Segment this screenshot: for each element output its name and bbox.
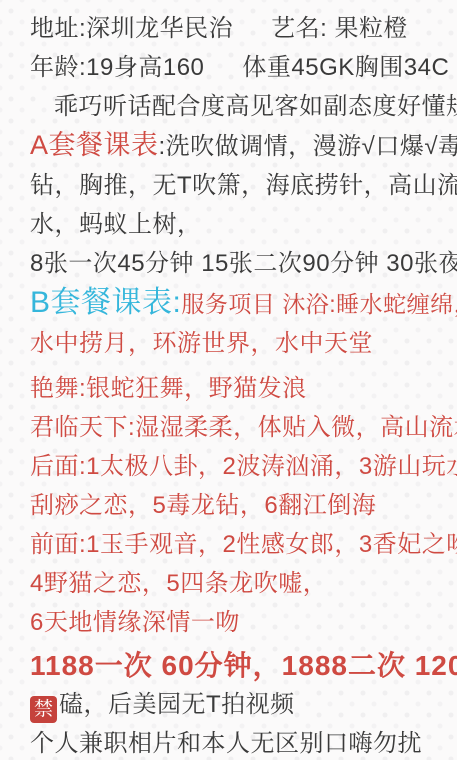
front-list-line1: 前面:1玉手观音，2性感女郎，3香妃之吻， [30,525,435,564]
package-b-intro-part1: 服务项目 沐浴:睡水蛇缠绵， [181,291,457,317]
disclaimer-text: 个人兼职相片和本人无区别口嗨勿扰 [30,730,422,757]
back-list-part1: 后面:1太极八卦，2波涛汹涌，3游山玩水，4 [30,453,457,480]
package-a-title-line: A套餐课表:洗吹做调情，漫游√口爆√毒龙 [30,126,435,166]
package-a-title: A套餐课表 [30,130,159,160]
age-height-text: 年龄:19身高160 [30,54,204,81]
front-list-part2: 4野猫之恋，5四条龙吹嘘， [30,570,327,597]
tagline-line: 乖巧听话配合度高见客如副态度好懂规矩 [30,87,435,126]
ban-text: 磕，后美园无T拍视频 [59,691,295,718]
back-list-line2: 刮痧之恋，5毒龙钻，6翻江倒海 [30,486,435,525]
profile-ad-page: 地址:深圳龙华民治艺名: 果粒橙 年龄:19身高160体重45GK胸围34C 乖… [0,0,457,760]
tagline-text: 乖巧听话配合度高见客如副态度好懂规矩 [54,93,457,120]
front-list-line3: 6天地情缘深情一吻 [30,603,435,642]
ban-line: 禁磕，后美园无T拍视频 [30,685,435,724]
address-stagename-line: 地址:深圳龙华民治艺名: 果粒橙 [30,9,435,48]
address-text: 地址:深圳龙华民治 [30,15,233,42]
package-a-services-part1: :洗吹做调情，漫游√口爆√毒龙 [159,133,457,160]
royal-line: 君临天下:湿湿柔柔，体贴入微，高山流水 [30,408,435,447]
package-b-intro-part2: 水中捞月，环游世界，水中天堂 [30,330,373,357]
royal-text: 君临天下:湿湿柔柔，体贴入微，高山流水 [30,414,457,441]
package-a-services-line2: 钻，胸推，无T吹箫，海底捞针，高山流 [30,166,435,205]
package-b-intro-line2: 水中捞月，环游世界，水中天堂 [30,324,435,363]
package-b-title-line: B套餐课表:服务项目 沐浴:睡水蛇缠绵， [30,283,435,324]
package-a-pricing-text: 8张一次45分钟 15张二次90分钟 30张夜 [30,250,457,277]
package-a-pricing-line: 8张一次45分钟 15张二次90分钟 30张夜 [30,244,435,283]
package-a-services-line3: 水，蚂蚁上树， [30,205,435,244]
back-list-line1: 后面:1太极八卦，2波涛汹涌，3游山玩水，4 [30,447,435,486]
back-list-part2: 刮痧之恋，5毒龙钻，6翻江倒海 [30,492,376,519]
package-a-services-part3: 水，蚂蚁上树， [30,211,202,238]
dance-line: 艳舞:银蛇狂舞，野猫发浪 [30,369,435,408]
front-list-part1: 前面:1玉手观音，2性感女郎，3香妃之吻， [30,531,457,558]
dance-text: 艳舞:银蛇狂舞，野猫发浪 [30,375,307,402]
package-a-services-part2: 钻，胸推，无T吹箫，海底捞针，高山流 [30,172,457,199]
front-list-part3: 6天地情缘深情一吻 [30,609,240,636]
package-b-title: B套餐课表: [30,286,181,319]
disclaimer-line: 个人兼职相片和本人无区别口嗨勿扰 [30,724,435,760]
package-b-pricing-text: 1188一次 60分钟，1888二次 120分钟 [30,650,457,681]
weight-bust-text: 体重45GK胸围34C [242,54,449,81]
stage-name-text: 艺名: 果粒橙 [271,15,408,42]
package-b-pricing-line: 1188一次 60分钟，1888二次 120分钟 [30,646,435,685]
age-weight-line: 年龄:19身高160体重45GK胸围34C [30,48,435,87]
front-list-line2: 4野猫之恋，5四条龙吹嘘， [30,564,435,603]
ban-badge-icon: 禁 [30,696,57,723]
